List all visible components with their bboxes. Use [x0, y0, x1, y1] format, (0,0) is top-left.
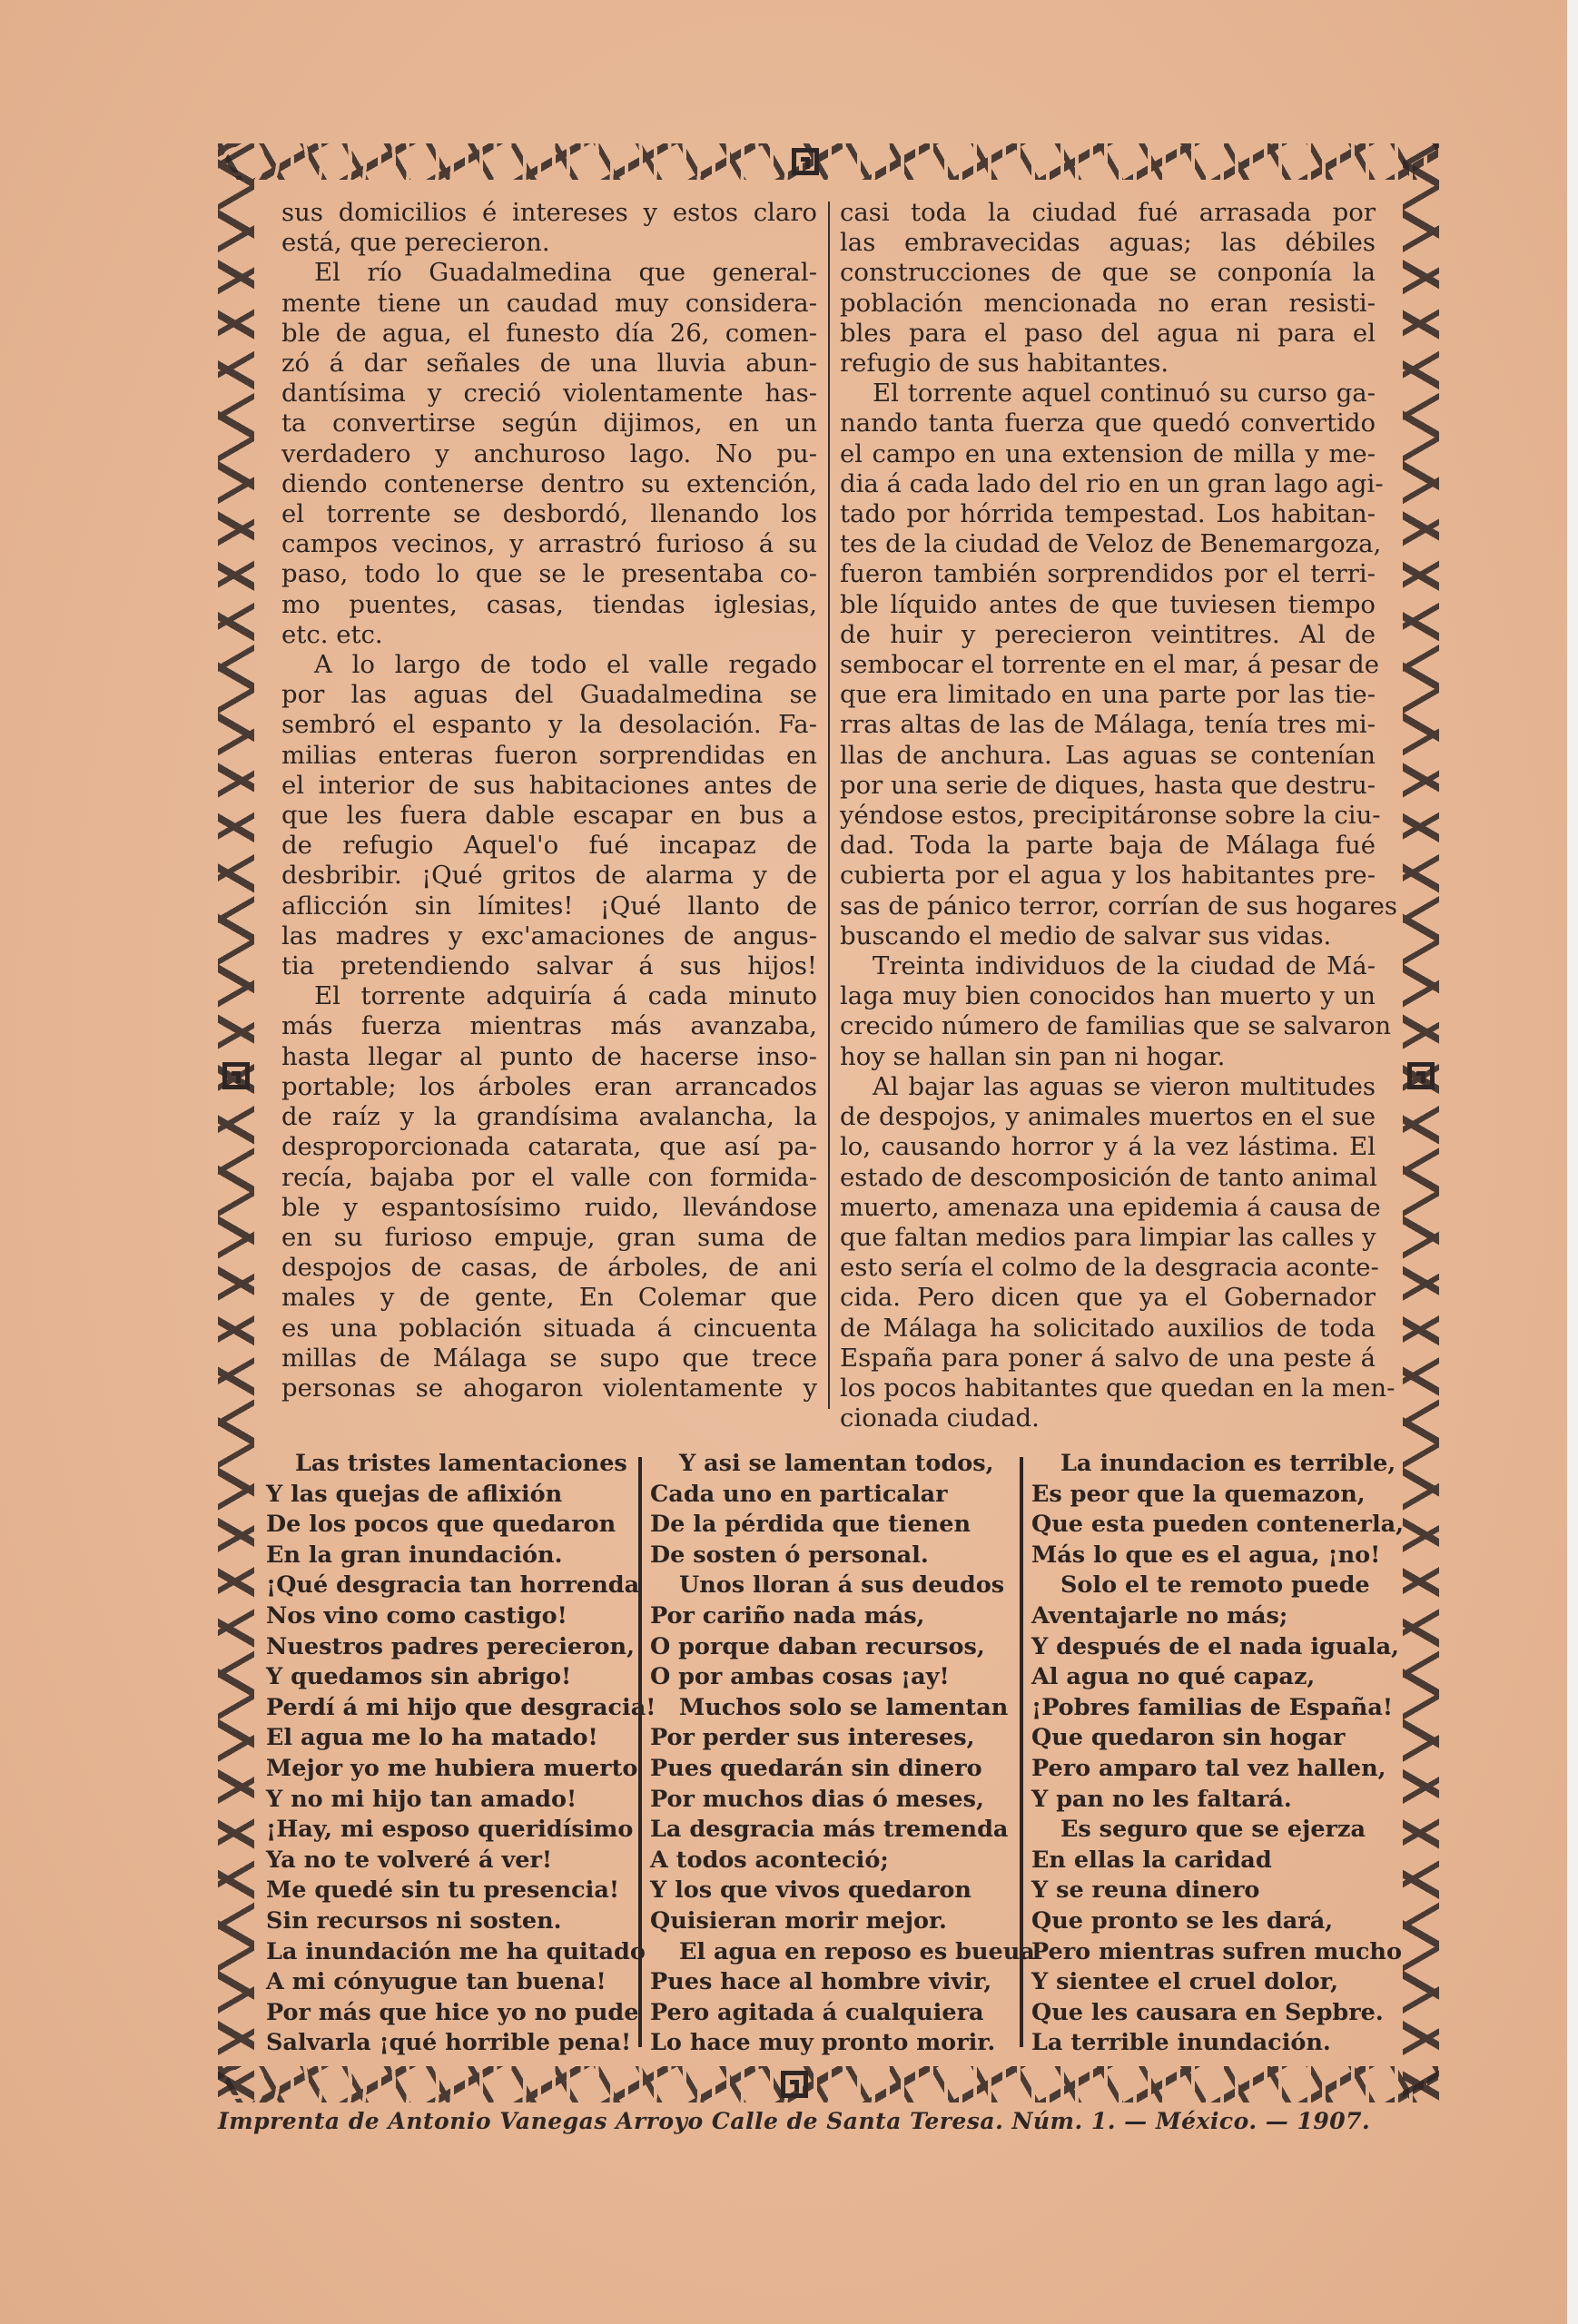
text-line: nando tanta fuerza que quedó convertido	[840, 409, 1376, 438]
text-line: hasta llegar al punto de hacerse inso-	[281, 1042, 817, 1072]
text-line: por las aguas del Guadalmedina se	[281, 680, 817, 710]
verse-line: Es peor que la quemazon,	[1031, 1480, 1404, 1511]
text-line: etc. etc.	[281, 620, 817, 650]
text-line: El torrente aquel continuó su curso ga-	[840, 379, 1376, 409]
verse-divider-rule	[638, 1457, 642, 2047]
verse-line: De la pérdida que tienen	[650, 1510, 1035, 1541]
text-line: cionada ciudad.	[840, 1403, 1376, 1433]
verse-line: Nos vino como castigo!	[266, 1601, 656, 1632]
text-line: es una población situada á cincuenta	[281, 1314, 817, 1344]
text-line: despojos de casas, de árboles, de ani	[281, 1253, 817, 1283]
text-line: sas de pánico terror, corrían de sus hog…	[840, 891, 1376, 921]
verse-line: Que pronto se les dará,	[1031, 1906, 1404, 1937]
text-line: el interior de sus habitaciones antes de	[281, 771, 817, 801]
text-line: ble líquido antes de que tuviesen tiempo	[840, 590, 1376, 620]
text-line: sembró el espanto y la desolación. Fa-	[281, 710, 817, 740]
verse-line: Que quedaron sin hogar	[1031, 1723, 1404, 1754]
text-line: que faltan medios para limpiar las calle…	[840, 1223, 1376, 1253]
verse-line: Por perder sus intereses,	[650, 1723, 1035, 1754]
verse-line: Y después de el nada iguala,	[1031, 1632, 1404, 1663]
verse-line: Y las quejas de aflixión	[266, 1480, 656, 1511]
text-line: dia á cada lado del rio en un gran lago …	[840, 469, 1376, 499]
text-line: el campo en una extension de milla y me-	[840, 439, 1376, 469]
floral-border-right-icon	[1403, 143, 1439, 2102]
text-line: aflicción sin límites! ¡Qué llanto de	[281, 891, 817, 921]
verse-line: En la gran inundación.	[266, 1541, 656, 1571]
text-line: campos vecinos, y arrastró furioso á su	[281, 529, 817, 559]
verse-line: Ya no te volveré á ver!	[266, 1846, 656, 1876]
verse-line: Y se reuna dinero	[1031, 1876, 1404, 1906]
text-line: refugio de sus habitantes.	[840, 349, 1376, 379]
floral-border-top-icon	[218, 143, 1439, 180]
verse-line: Que les causara en Sepbre.	[1031, 1998, 1404, 2029]
scan-background-edge	[1567, 0, 1578, 2324]
verse-line: De sosten ó personal.	[650, 1541, 1035, 1571]
text-line: las madres y exc'amaciones de angus-	[281, 921, 817, 951]
text-line: casi toda la ciudad fué arrasada por	[840, 198, 1376, 228]
verse-line: Me quedé sin tu presencia!	[266, 1876, 656, 1906]
verse-column-3: La inundacion es terrible,Es peor que la…	[1031, 1449, 1404, 2059]
text-line: esto sería el colmo de la desgracia acon…	[840, 1253, 1376, 1283]
text-line: buscando el medio de salvar sus vidas.	[840, 921, 1376, 951]
verse-line: La desgracia más tremenda	[650, 1815, 1035, 1846]
verse-line: La terrible inundación.	[1031, 2028, 1404, 2059]
verse-line: En ellas la caridad	[1031, 1846, 1404, 1876]
text-line: Al bajar las aguas se vieron multitudes	[840, 1072, 1376, 1102]
text-line: que era limitado en una parte por las ti…	[840, 680, 1376, 710]
text-line: de despojos, y animales muertos en el su…	[840, 1102, 1376, 1132]
verse-line: Pero agitada á cualquiera	[650, 1998, 1035, 2029]
verse-line: Aventajarle no más;	[1031, 1601, 1404, 1632]
text-line: males y de gente, En Colemar que	[281, 1283, 817, 1313]
prose-column-left: sus domicilios é intereses y estos claro…	[281, 198, 817, 1403]
text-line: dantísima y creció violentamente has-	[281, 379, 817, 409]
text-line: tes de la ciudad de Veloz de Benemargoza…	[840, 529, 1376, 559]
greek-key-fret-icon	[1407, 1062, 1435, 1089]
verse-line: Que esta pueden contenerla,	[1031, 1510, 1404, 1541]
text-line: el torrente se desbordó, llenando los	[281, 499, 817, 529]
verse-line: Pues quedarán sin dinero	[650, 1754, 1035, 1785]
verse-line: La inundacion es terrible,	[1031, 1449, 1404, 1480]
verse-line: Y sientee el cruel dolor,	[1031, 1967, 1404, 1998]
verse-line: Por cariño nada más,	[650, 1601, 1035, 1632]
text-line: portable; los árboles eran arrancados	[281, 1072, 817, 1102]
floral-border-bottom-icon	[218, 2066, 1439, 2102]
text-line: las embravecidas aguas; las débiles	[840, 228, 1376, 258]
verse-line: Salvarla ¡qué horrible pena!	[266, 2028, 656, 2059]
text-line: recía, bajaba por el valle con formida-	[281, 1163, 817, 1193]
printer-imprint: Imprenta de Antonio Vanegas Arroyo Calle…	[218, 2108, 1444, 2134]
verse-line: Cada uno en particalar	[650, 1480, 1035, 1511]
verse-line: Muchos solo se lamentan	[650, 1693, 1035, 1724]
text-line: fueron también sorprendidos por el terri…	[840, 559, 1376, 589]
text-line: paso, todo lo que se le presentaba co-	[281, 559, 817, 589]
verse-line: Unos lloran á sus deudos	[650, 1571, 1035, 1601]
text-line: bles para el paso del agua ni para el	[840, 319, 1376, 349]
text-line: más fuerza mientras más avanzaba,	[281, 1011, 817, 1041]
verse-line: ¡Qué desgracia tan horrenda	[266, 1571, 656, 1601]
text-line: mo puentes, casas, tiendas iglesias,	[281, 590, 817, 620]
text-line: mente tiene un caudad muy considera-	[281, 289, 817, 319]
text-line: rras altas de las de Málaga, tenía tres …	[840, 710, 1376, 740]
text-line: A lo largo de todo el valle regado	[281, 650, 817, 680]
verse-line: Y pan no les faltará.	[1031, 1785, 1404, 1816]
text-line: está, que perecieron.	[281, 228, 817, 258]
verse-line: O porque daban recursos,	[650, 1632, 1035, 1663]
text-line: estado de descomposición de tanto animal	[840, 1163, 1376, 1193]
verse-line: ¡Pobres familias de España!	[1031, 1693, 1404, 1724]
verse-line: A mi cónyugue tan buena!	[266, 1967, 656, 1998]
text-line: de Málaga ha solicitado auxilios de toda	[840, 1314, 1376, 1344]
verse-line: Al agua no qué capaz,	[1031, 1662, 1404, 1693]
text-line: desbribir. ¡Qué gritos de alarma y de	[281, 861, 817, 891]
text-line: desproporcionada catarata, que así pa-	[281, 1132, 817, 1162]
text-line: lo, causando horror y á la vez lástima. …	[840, 1132, 1376, 1162]
verse-line: Pero amparo tal vez hallen,	[1031, 1754, 1404, 1785]
verse-line: Pero mientras sufren mucho	[1031, 1937, 1404, 1968]
text-line: que les fuera dable escapar en bus a	[281, 801, 817, 831]
text-line: hoy se hallan sin pan ni hogar.	[840, 1042, 1376, 1072]
verse-line: Mejor yo me hubiera muerto	[266, 1754, 656, 1785]
verse-line: Nuestros padres perecieron,	[266, 1632, 656, 1663]
text-line: millas de Málaga se supo que trece	[281, 1344, 817, 1374]
text-line: España para poner á salvo de una peste á	[840, 1344, 1376, 1374]
text-line: El torrente adquiría á cada minuto	[281, 981, 817, 1011]
greek-key-fret-icon	[781, 2071, 808, 2098]
text-line: dad. Toda la parte baja de Málaga fué	[840, 831, 1376, 861]
text-line: construcciones de que se conponía la	[840, 258, 1376, 288]
text-line: los pocos habitantes que quedan en la me…	[840, 1374, 1376, 1403]
text-line: sus domicilios é intereses y estos claro	[281, 198, 817, 228]
verse-line: El agua en reposo es bueua	[650, 1937, 1035, 1968]
text-line: población mencionada no eran resisti-	[840, 289, 1376, 319]
text-line: de refugio Aquel'o fué incapaz de	[281, 831, 817, 861]
verse-line: Por más que hice yo no pude	[266, 1998, 656, 2029]
text-line: laga muy bien conocidos han muerto y un	[840, 981, 1376, 1011]
verse-line: O por ambas cosas ¡ay!	[650, 1662, 1035, 1693]
prose-column-right: casi toda la ciudad fué arrasada porlas …	[840, 198, 1376, 1433]
verse-line: Por muchos dias ó meses,	[650, 1785, 1035, 1816]
verse-line: El agua me lo ha matado!	[266, 1723, 656, 1754]
text-line: ta convertirse según dijimos, en un	[281, 409, 817, 438]
text-line: sembocar el torrente en el mar, á pesar …	[840, 650, 1376, 680]
text-line: crecido número de familias que se salvar…	[840, 1011, 1376, 1041]
verse-line: A todos aconteció;	[650, 1846, 1035, 1876]
greek-key-fret-icon	[792, 148, 819, 175]
text-line: personas se ahogaron violentamente y	[281, 1374, 817, 1403]
text-line: en su furioso empuje, gran suma de	[281, 1223, 817, 1253]
text-line: Treinta individuos de la ciudad de Má-	[840, 951, 1376, 981]
verse-line: Perdí á mi hijo que desgracia!	[266, 1693, 656, 1724]
verse-line: Sin recursos ni sosten.	[266, 1906, 656, 1937]
text-line: tado por hórrida tempestad. Los habitan-	[840, 499, 1376, 529]
verse-line: De los pocos que quedaron	[266, 1510, 656, 1541]
column-divider-rule	[828, 202, 830, 1409]
verse-line: Y los que vivos quedaron	[650, 1876, 1035, 1906]
verse-divider-rule	[1020, 1457, 1023, 2047]
text-line: yéndose estos, precipitáronse sobre la c…	[840, 801, 1376, 831]
floral-border-left-icon	[218, 143, 254, 2102]
text-line: zó á dar señales de una lluvia abun-	[281, 349, 817, 379]
greek-key-fret-icon	[222, 1062, 250, 1089]
verse-line: Es seguro que se ejerza	[1031, 1815, 1404, 1846]
verse-line: Más lo que es el agua, ¡no!	[1031, 1541, 1404, 1571]
text-line: cida. Pero dicen que ya el Gobernador	[840, 1283, 1376, 1313]
text-line: de raíz y la grandísima avalancha, la	[281, 1102, 817, 1132]
text-line: El río Guadalmedina que general-	[281, 258, 817, 288]
verse-line: Las tristes lamentaciones	[266, 1449, 656, 1480]
verse-line: Y asi se lamentan todos,	[650, 1449, 1035, 1480]
text-line: de huir y perecieron veintitres. Al de	[840, 620, 1376, 650]
text-line: llas de anchura. Las aguas se contenían	[840, 741, 1376, 771]
verse-line: ¡Hay, mi esposo queridísimo	[266, 1815, 656, 1846]
verse-line: Pues hace al hombre vivir,	[650, 1967, 1035, 1998]
text-line: tia pretendiendo salvar á sus hijos!	[281, 951, 817, 981]
verse-column-1: Las tristes lamentacionesY las quejas de…	[266, 1449, 656, 2059]
text-line: muerto, amenaza una epidemia á causa de	[840, 1193, 1376, 1223]
verse-column-2: Y asi se lamentan todos,Cada uno en part…	[650, 1449, 1035, 2059]
text-line: ble de agua, el funesto día 26, comen-	[281, 319, 817, 349]
text-line: cubierta por el agua y los habitantes pr…	[840, 861, 1376, 891]
text-line: ble y espantosísimo ruido, llevándose	[281, 1193, 817, 1223]
verse-line: Solo el te remoto puede	[1031, 1571, 1404, 1601]
verse-line: Quisieran morir mejor.	[650, 1906, 1035, 1937]
text-line: milias enteras fueron sorprendidas en	[281, 741, 817, 771]
verse-line: La inundación me ha quitado	[266, 1937, 656, 1968]
text-line: diendo contenerse dentro su extención,	[281, 469, 817, 499]
verse-line: Y quedamos sin abrigo!	[266, 1662, 656, 1693]
text-line: por una serie de diques, hasta que destr…	[840, 771, 1376, 801]
verse-line: Lo hace muy pronto morir.	[650, 2028, 1035, 2059]
verse-line: Y no mi hijo tan amado!	[266, 1785, 656, 1816]
text-line: verdadero y anchuroso lago. No pu-	[281, 439, 817, 469]
